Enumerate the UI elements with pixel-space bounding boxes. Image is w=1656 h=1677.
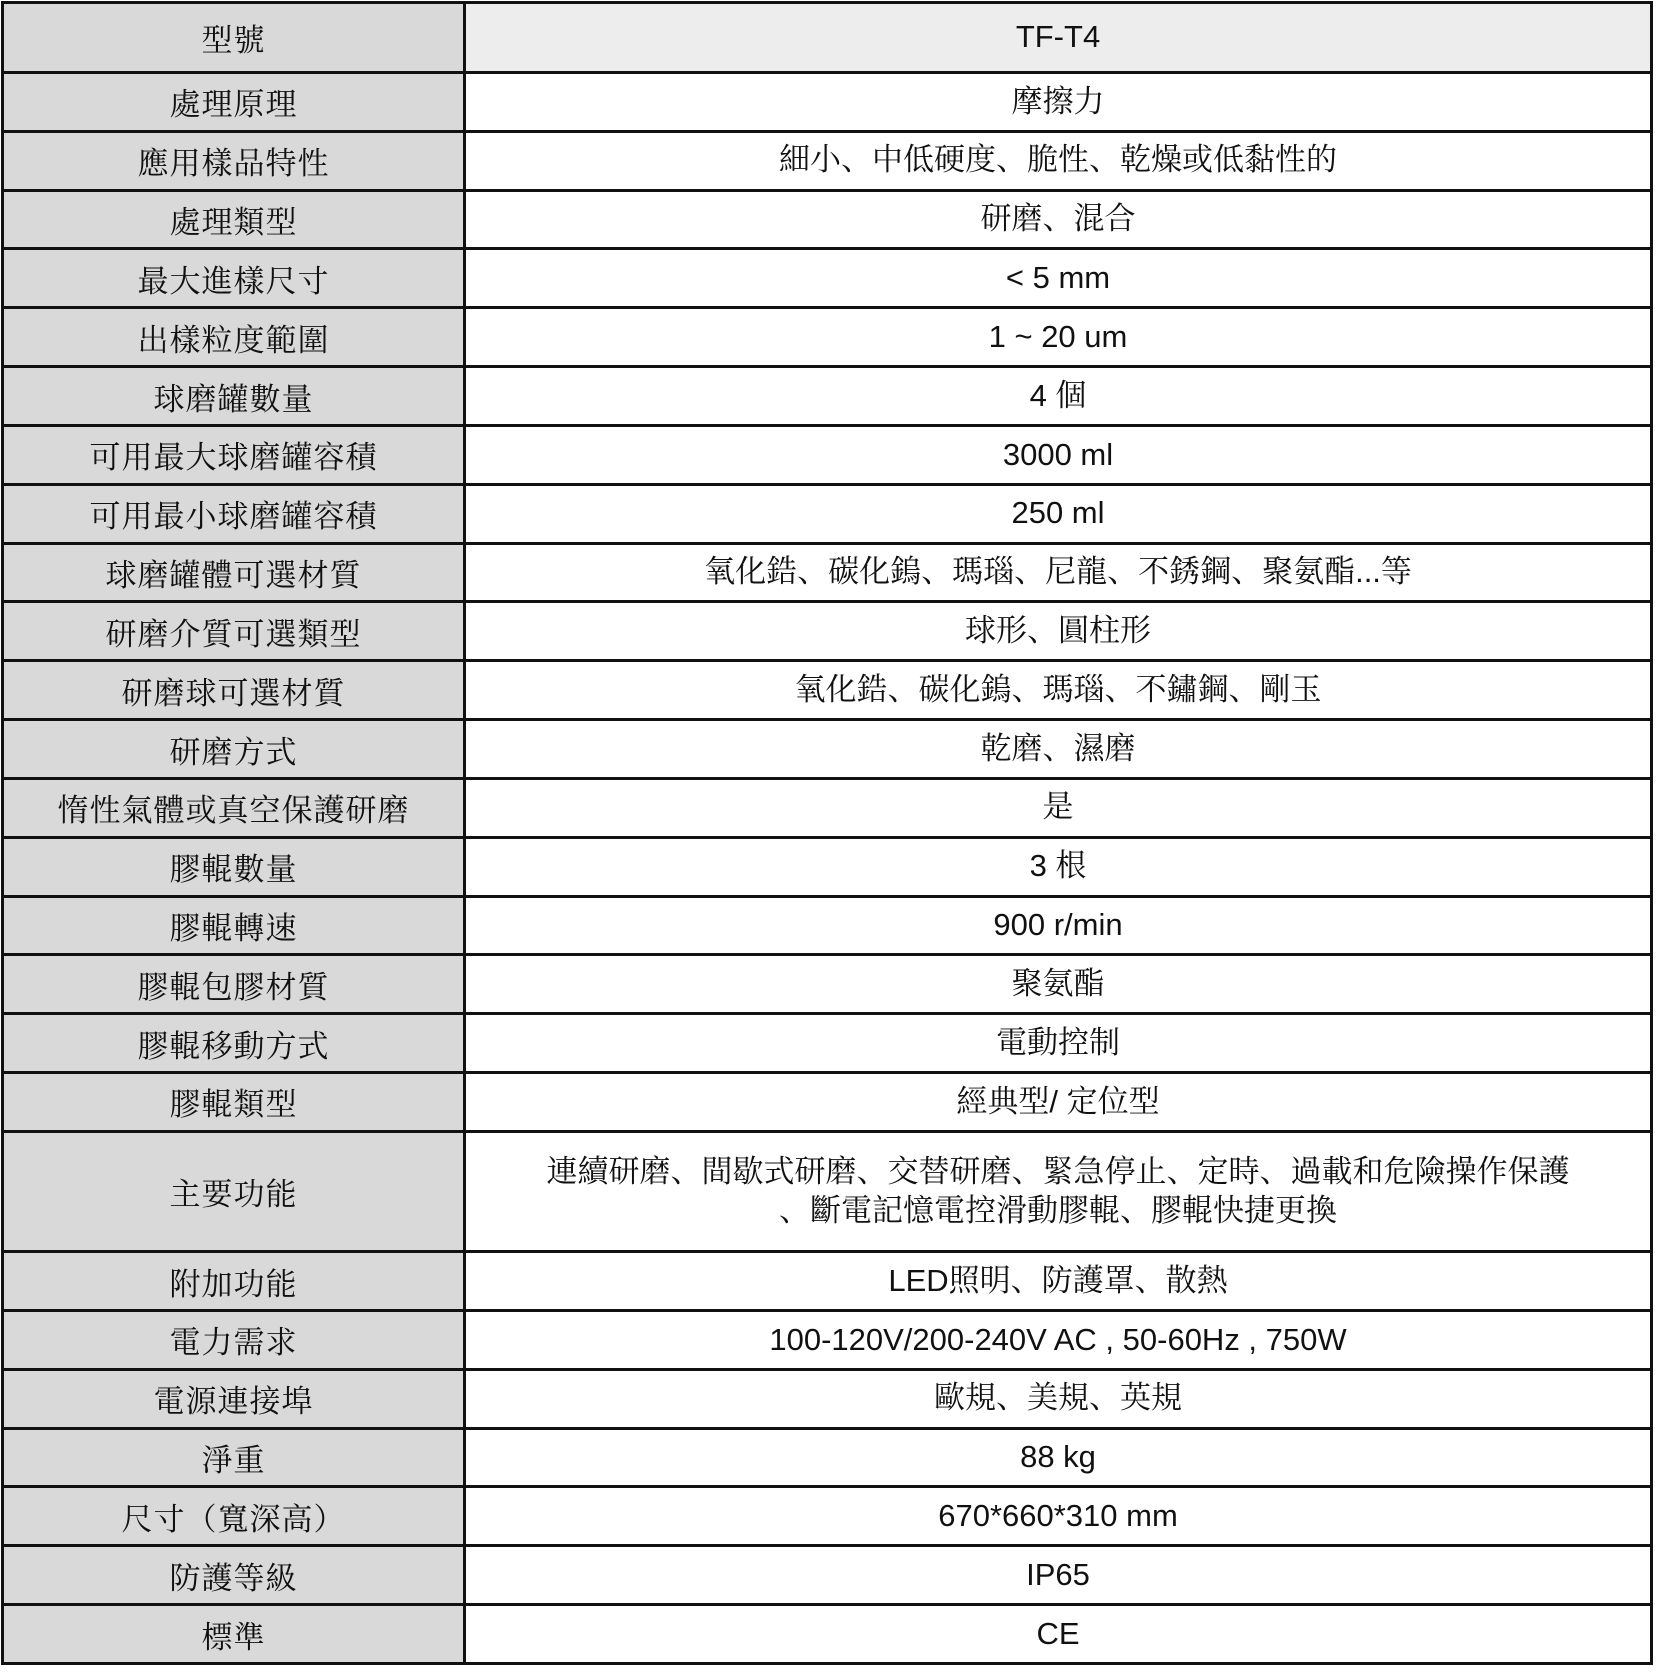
row-value: IP65	[466, 1547, 1650, 1603]
row-value: 細小、中低硬度、脆性、乾燥或低黏性的	[466, 133, 1650, 189]
row-value: 3 根	[466, 839, 1650, 895]
table-header-row: 型號 TF-T4	[4, 4, 1650, 71]
header-label: 型號	[4, 4, 466, 71]
row-label: 可用最小球磨罐容積	[4, 486, 466, 542]
row-value: LED照明、防護罩、散熱	[466, 1253, 1650, 1309]
row-label: 球磨罐體可選材質	[4, 545, 466, 601]
row-label: 惰性氣體或真空保護研磨	[4, 780, 466, 836]
row-label: 電力需求	[4, 1312, 466, 1368]
row-label: 最大進樣尺寸	[4, 250, 466, 306]
row-value: 球形、圓柱形	[466, 603, 1650, 659]
row-label: 電源連接埠	[4, 1371, 466, 1427]
table-row: 處理類型研磨、混合	[4, 189, 1650, 248]
row-value: CE	[466, 1606, 1650, 1662]
row-value: 連續研磨、間歇式研磨、交替研磨、緊急停止、定時、過載和危險操作保護 、斷電記憶電…	[466, 1133, 1650, 1250]
table-row: 最大進樣尺寸< 5 mm	[4, 247, 1650, 306]
table-row: 防護等級IP65	[4, 1544, 1650, 1603]
header-value: TF-T4	[466, 4, 1650, 71]
row-label: 膠輥移動方式	[4, 1015, 466, 1071]
row-value: 4 個	[466, 368, 1650, 424]
row-value-line-2: 、斷電記憶電控滑動膠輥、膠輥快捷更換	[779, 1192, 1337, 1231]
row-value: 研磨、混合	[466, 192, 1650, 248]
row-label: 膠輥類型	[4, 1074, 466, 1130]
table-row: 惰性氣體或真空保護研磨是	[4, 777, 1650, 836]
table-row: 處理原理摩擦力	[4, 71, 1650, 130]
table-row: 球磨罐數量4 個	[4, 365, 1650, 424]
table-row: 膠輥數量3 根	[4, 836, 1650, 895]
table-row: 標準CE	[4, 1603, 1650, 1662]
row-value-line-1: 連續研磨、間歇式研磨、交替研磨、緊急停止、定時、過載和危險操作保護	[547, 1153, 1570, 1192]
row-label: 膠輥包膠材質	[4, 956, 466, 1012]
row-label: 處理類型	[4, 192, 466, 248]
table-row: 尺寸（寬深高）670*660*310 mm	[4, 1485, 1650, 1544]
row-label: 防護等級	[4, 1547, 466, 1603]
row-label: 應用樣品特性	[4, 133, 466, 189]
row-label: 膠輥數量	[4, 839, 466, 895]
table-row: 研磨方式乾磨、濕磨	[4, 718, 1650, 777]
table-row-main-functions: 主要功能 連續研磨、間歇式研磨、交替研磨、緊急停止、定時、過載和危險操作保護 、…	[4, 1130, 1650, 1250]
row-value: 氧化鋯、碳化鎢、瑪瑙、不鏽鋼、剛玉	[466, 662, 1650, 718]
row-label: 球磨罐數量	[4, 368, 466, 424]
table-row: 研磨球可選材質氧化鋯、碳化鎢、瑪瑙、不鏽鋼、剛玉	[4, 659, 1650, 718]
row-label: 尺寸（寬深高）	[4, 1488, 466, 1544]
row-value: 聚氨酯	[466, 956, 1650, 1012]
row-label: 研磨方式	[4, 721, 466, 777]
row-value: < 5 mm	[466, 250, 1650, 306]
row-label: 膠輥轉速	[4, 898, 466, 954]
table-row: 研磨介質可選類型球形、圓柱形	[4, 600, 1650, 659]
table-row: 附加功能LED照明、防護罩、散熱	[4, 1250, 1650, 1309]
row-value: 88 kg	[466, 1430, 1650, 1486]
row-label: 研磨球可選材質	[4, 662, 466, 718]
table-row: 電源連接埠歐規、美規、英規	[4, 1368, 1650, 1427]
table-row: 應用樣品特性細小、中低硬度、脆性、乾燥或低黏性的	[4, 130, 1650, 189]
table-row: 膠輥類型經典型/ 定位型	[4, 1071, 1650, 1130]
table-row: 電力需求100-120V/200-240V AC , 50-60Hz , 750…	[4, 1309, 1650, 1368]
row-value: 乾磨、濕磨	[466, 721, 1650, 777]
row-value: 900 r/min	[466, 898, 1650, 954]
table-row: 淨重88 kg	[4, 1427, 1650, 1486]
table-row: 出樣粒度範圍1 ~ 20 um	[4, 306, 1650, 365]
row-label: 處理原理	[4, 74, 466, 130]
row-label: 研磨介質可選類型	[4, 603, 466, 659]
row-value: 經典型/ 定位型	[466, 1074, 1650, 1130]
row-value: 1 ~ 20 um	[466, 309, 1650, 365]
table-row: 球磨罐體可選材質氧化鋯、碳化鎢、瑪瑙、尼龍、不銹鋼、聚氨酯...等	[4, 542, 1650, 601]
row-label: 標準	[4, 1606, 466, 1662]
row-label: 淨重	[4, 1430, 466, 1486]
table-row: 膠輥移動方式電動控制	[4, 1012, 1650, 1071]
row-value: 250 ml	[466, 486, 1650, 542]
table-row: 可用最小球磨罐容積250 ml	[4, 483, 1650, 542]
table-row: 膠輥包膠材質聚氨酯	[4, 953, 1650, 1012]
row-label: 出樣粒度範圍	[4, 309, 466, 365]
spec-table: 型號 TF-T4 處理原理摩擦力 應用樣品特性細小、中低硬度、脆性、乾燥或低黏性…	[1, 1, 1653, 1665]
table-row: 可用最大球磨罐容積3000 ml	[4, 424, 1650, 483]
row-value: 是	[466, 780, 1650, 836]
row-value: 氧化鋯、碳化鎢、瑪瑙、尼龍、不銹鋼、聚氨酯...等	[466, 545, 1650, 601]
row-value: 3000 ml	[466, 427, 1650, 483]
row-value: 電動控制	[466, 1015, 1650, 1071]
row-value: 670*660*310 mm	[466, 1488, 1650, 1544]
row-label: 主要功能	[4, 1133, 466, 1250]
row-value: 100-120V/200-240V AC , 50-60Hz , 750W	[466, 1312, 1650, 1368]
table-row: 膠輥轉速900 r/min	[4, 895, 1650, 954]
row-label: 可用最大球磨罐容積	[4, 427, 466, 483]
row-value: 歐規、美規、英規	[466, 1371, 1650, 1427]
row-value: 摩擦力	[466, 74, 1650, 130]
row-label: 附加功能	[4, 1253, 466, 1309]
